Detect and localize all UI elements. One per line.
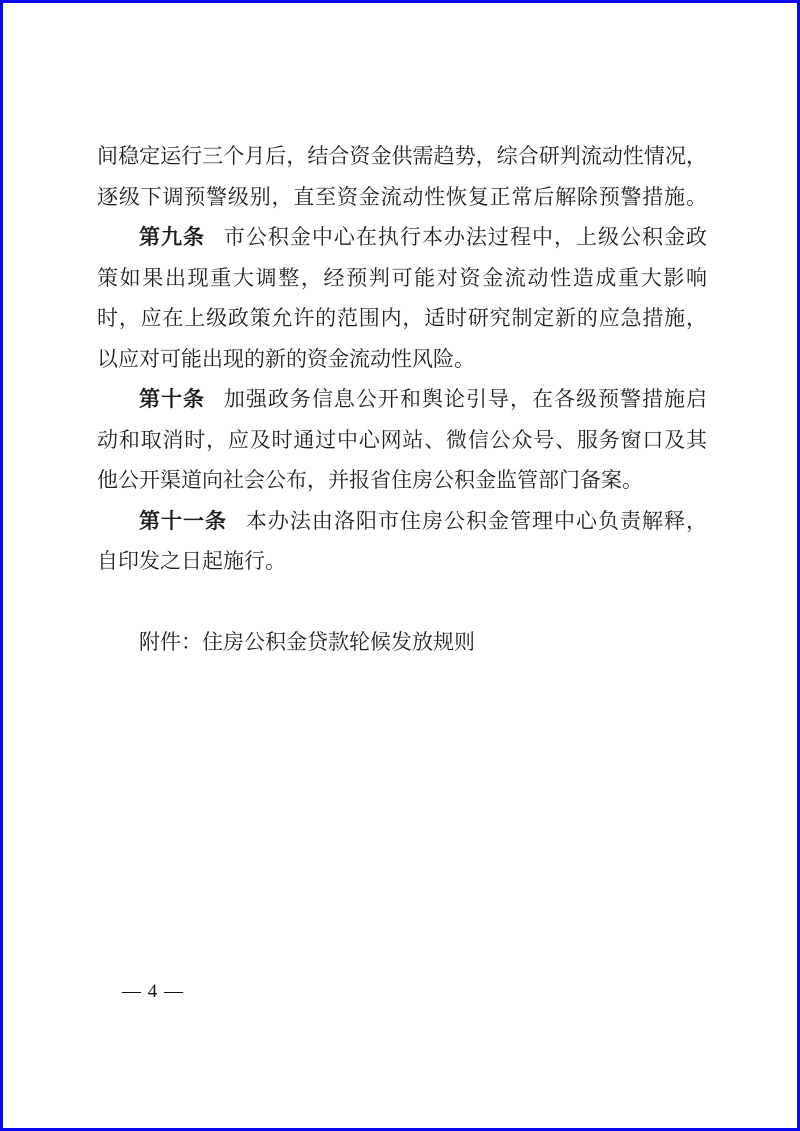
text-line: 自印发之日起施行。 bbox=[97, 541, 707, 582]
article-line: 第十条加强政务信息公开和舆论引导，在各级预警措施启 bbox=[97, 379, 707, 420]
article-line: 第十一条本办法由洛阳市住房公积金管理中心负责解释， bbox=[97, 501, 707, 542]
page-number: — 4 — bbox=[122, 981, 184, 1002]
line-text: 市公积金中心在执行本办法过程中，上级公积金政 bbox=[224, 225, 707, 249]
article-number: 第九条 bbox=[139, 225, 205, 249]
text-line: 动和取消时，应及时通过中心网站、微信公众号、服务窗口及其 bbox=[97, 420, 707, 461]
text-line: 时，应在上级政策允许的范围内，适时研究制定新的应急措施， bbox=[97, 298, 707, 339]
document-page: 间稳定运行三个月后，结合资金供需趋势，综合研判流动性情况，逐级下调预警级别，直至… bbox=[0, 0, 800, 1131]
article-line: 第九条市公积金中心在执行本办法过程中，上级公积金政 bbox=[97, 217, 707, 258]
page-footer: — 4 — bbox=[122, 981, 184, 1003]
text-line: 间稳定运行三个月后，结合资金供需趋势，综合研判流动性情况， bbox=[97, 136, 707, 177]
article-number: 第十一条 bbox=[139, 509, 227, 533]
line-text: 加强政务信息公开和舆论引导，在各级预警措施启 bbox=[224, 387, 707, 411]
text-line: 他公开渠道向社会公布，并报省住房公积金监管部门备案。 bbox=[97, 460, 707, 501]
text-line: 逐级下调预警级别，直至资金流动性恢复正常后解除预警措施。 bbox=[97, 177, 707, 218]
document-body: 间稳定运行三个月后，结合资金供需趋势，综合研判流动性情况，逐级下调预警级别，直至… bbox=[97, 136, 707, 663]
article-number: 第十条 bbox=[139, 387, 205, 411]
text-line: 策如果出现重大调整，经预判可能对资金流动性造成重大影响 bbox=[97, 258, 707, 299]
text-line: 附件：住房公积金贷款轮候发放规则 bbox=[97, 622, 707, 663]
text-line: 以应对可能出现的新的资金流动性风险。 bbox=[97, 339, 707, 380]
line-text: 本办法由洛阳市住房公积金管理中心负责解释， bbox=[246, 509, 707, 533]
